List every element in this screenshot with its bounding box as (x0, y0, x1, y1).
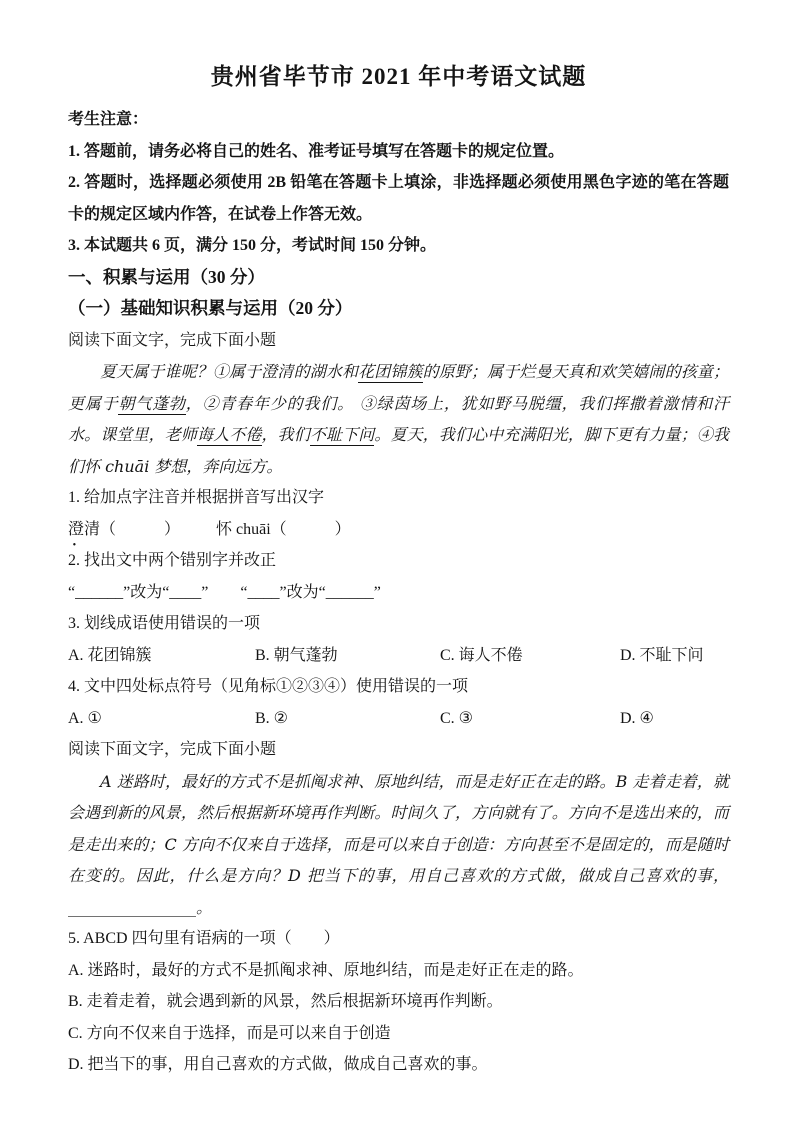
underlined-idiom: 诲人不倦 (197, 425, 262, 446)
notice-item-2: 2. 答题时，选择题必须使用 2B 铅笔在答题卡上填涂，非选择题必须使用黑色字迹… (68, 167, 729, 230)
q1-answer-line: 澄清（ ）怀 chuāi（ ） (68, 514, 729, 546)
q2-stem: 2. 找出文中两个错别字并改正 (68, 545, 729, 577)
subsection-heading: （一）基础知识积累与运用（20 分） (68, 293, 729, 325)
q3-option-a: A. 花团锦簇 (68, 640, 255, 672)
exam-paper-page: 贵州省毕节市 2021 年中考语文试题 考生注意： 1. 答题前，请务必将自己的… (0, 0, 793, 1122)
passage2-text: A 迷路时，最好的方式不是抓阄求神、原地纠结，而是走好正在走的路。B 走着走着，… (68, 766, 729, 924)
q4-option-d: D. ④ (620, 703, 729, 735)
q4-option-a: A. ① (68, 703, 255, 735)
q5-option-a: A. 迷路时，最好的方式不是抓阄求神、原地纠结，而是走好正在走的路。 (68, 955, 729, 987)
q4-stem: 4. 文中四处标点符号（见角标①②③④）使用错误的一项 (68, 671, 729, 703)
notice-item-1: 1. 答题前，请务必将自己的姓名、准考证号填写在答题卡的规定位置。 (68, 136, 729, 168)
section-heading: 一、积累与运用（30 分） (68, 262, 729, 294)
q1-first-blank: 清（ ） (84, 521, 180, 538)
passage2-intro: 阅读下面文字，完成下面小题 (68, 734, 729, 766)
passage-segment: 夏天属于谁呢？①属于澄清的湖水和 (100, 362, 358, 381)
underlined-idiom: 花团锦簇 (358, 362, 423, 383)
q5-option-c: C. 方向不仅来自于选择，而是可以来自于创造 (68, 1018, 729, 1050)
underlined-idiom: 朝气蓬勃 (118, 394, 185, 415)
q4-options-row: A. ① B. ② C. ③ D. ④ (68, 703, 729, 735)
q5-option-d: D. 把当下的事，用自己喜欢的方式做，做成自己喜欢的事。 (68, 1049, 729, 1081)
passage1-text: 夏天属于谁呢？①属于澄清的湖水和花团锦簇的原野；属于烂曼天真和欢笑嬉闹的孩童；更… (68, 356, 729, 482)
q3-option-c: C. 诲人不倦 (440, 640, 620, 672)
passage1-intro: 阅读下面文字，完成下面小题 (68, 325, 729, 357)
q5-option-b: B. 走着走着，就会遇到新的风景，然后根据新环境再作判断。 (68, 986, 729, 1018)
q1-stem: 1. 给加点字注音并根据拼音写出汉字 (68, 482, 729, 514)
q3-option-d: D. 不耻下问 (620, 640, 729, 672)
q3-stem: 3. 划线成语使用错误的一项 (68, 608, 729, 640)
q1-second-blank: 怀 chuāi（ ） (216, 521, 351, 538)
dotted-char: 澄 (68, 514, 84, 546)
passage-segment: ，我们 (262, 425, 310, 444)
underlined-idiom: 不耻下问 (310, 425, 375, 446)
notice-item-3: 3. 本试题共 6 页，满分 150 分，考试时间 150 分钟。 (68, 230, 729, 262)
notice-heading: 考生注意： (68, 104, 729, 136)
page-title: 贵州省毕节市 2021 年中考语文试题 (68, 60, 729, 94)
q5-stem: 5. ABCD 四句里有语病的一项（ ） (68, 923, 729, 955)
q2-blanks-line: “______”改为“____” “____”改为“______” (68, 577, 729, 609)
q4-option-c: C. ③ (440, 703, 620, 735)
q3-options-row: A. 花团锦簇 B. 朝气蓬勃 C. 诲人不倦 D. 不耻下问 (68, 640, 729, 672)
q4-option-b: B. ② (255, 703, 440, 735)
q3-option-b: B. 朝气蓬勃 (255, 640, 440, 672)
